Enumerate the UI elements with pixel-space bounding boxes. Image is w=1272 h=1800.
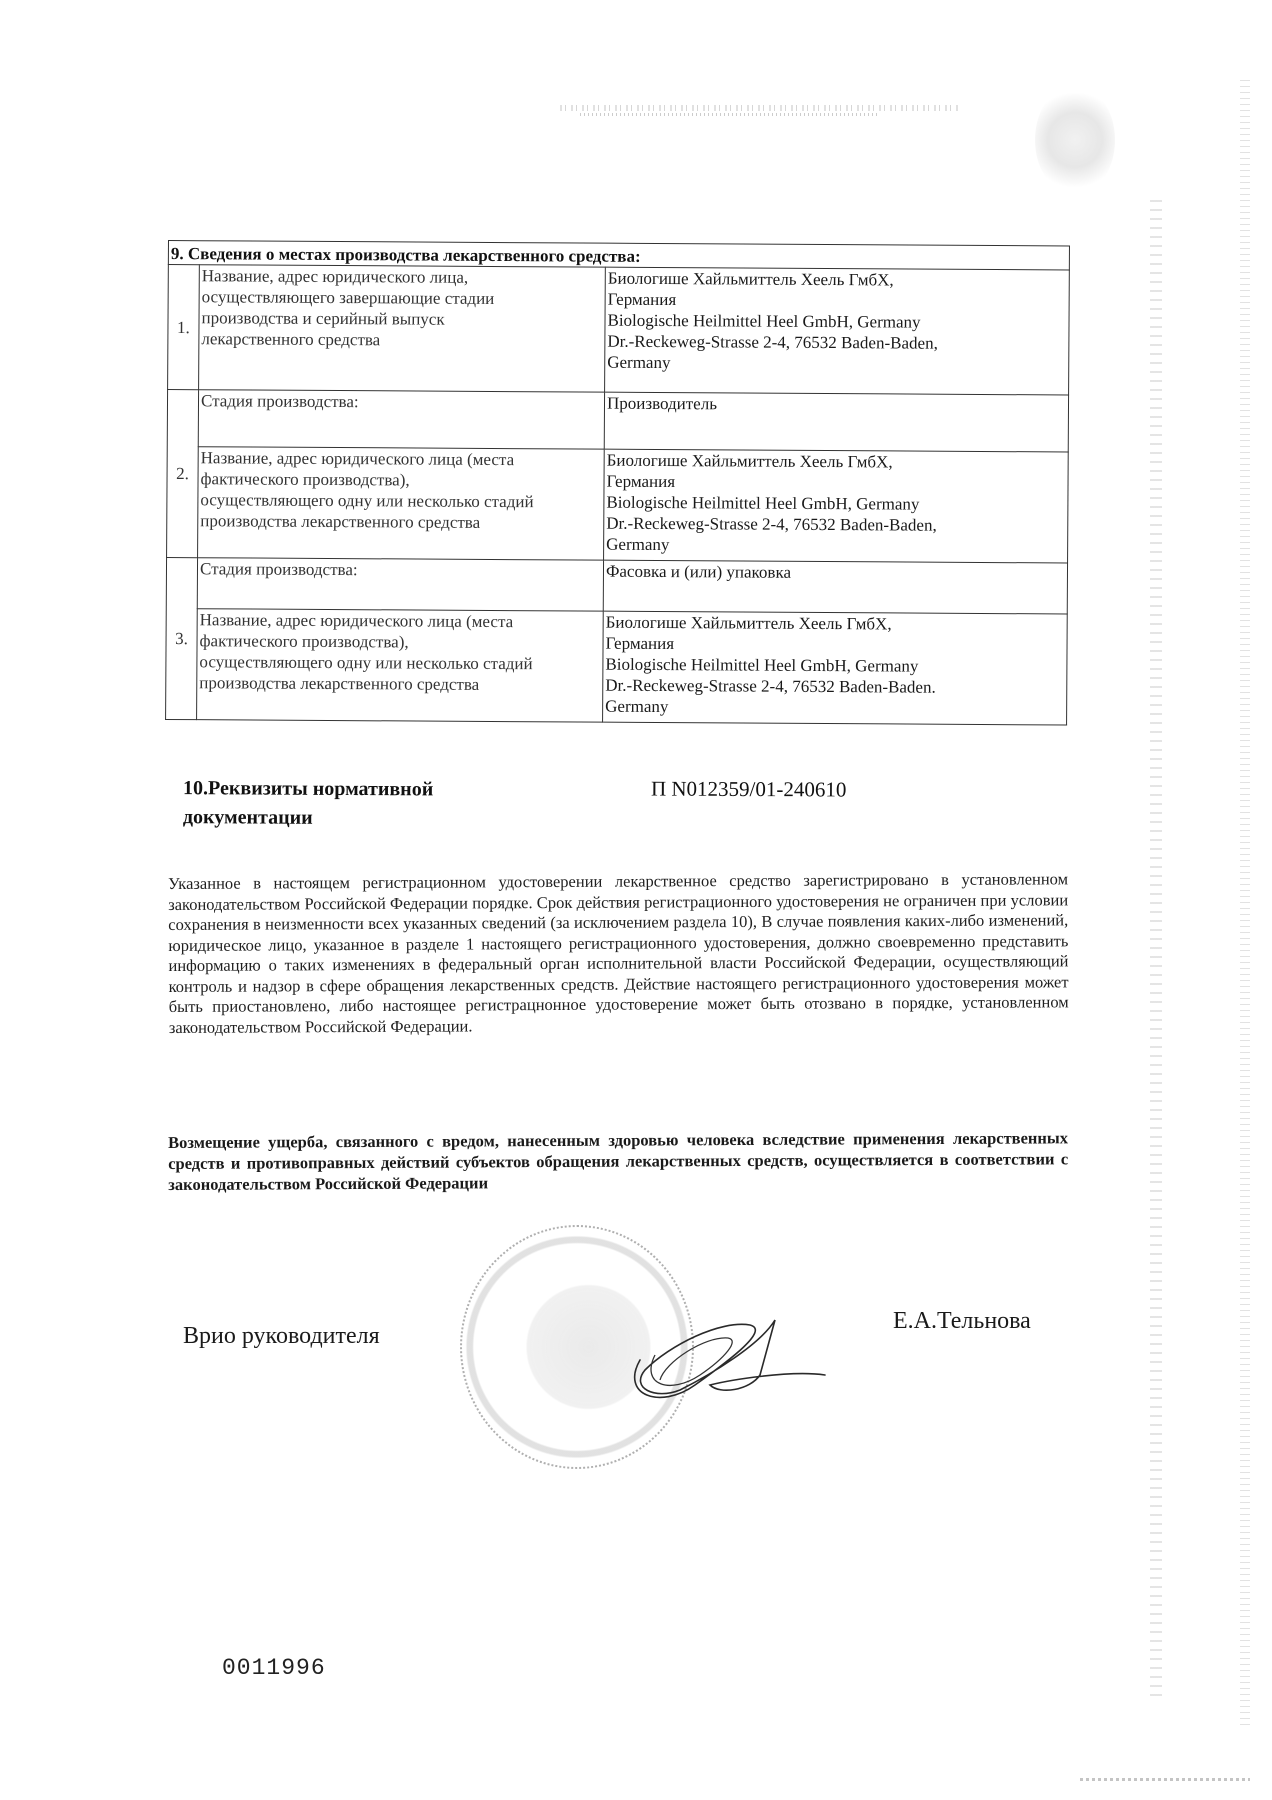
scan-noise-top-2 [580, 113, 880, 116]
signatory-title: Врио руководителя [183, 1323, 380, 1350]
damage-compensation-paragraph: Возмещение ущерба, связанного с вредом, … [168, 1127, 1068, 1195]
document-page: 9. Сведения о местах производства лекарс… [0, 0, 1272, 1800]
registration-validity-paragraph: Указанное в настоящем регистрационном уд… [168, 869, 1069, 1038]
name-address-value: Биологише Хайльмиттель Хеель ГмбХ, Герма… [605, 267, 1070, 395]
name-address-value: Биологише Хайльмиттель Хеель ГмбХ, Герма… [604, 449, 1069, 563]
row-number: 2. [167, 390, 199, 558]
faint-stamp-corner [1035, 85, 1115, 195]
row-number: 3. [166, 557, 198, 719]
stage-label: Стадия производства: [197, 558, 603, 611]
table-row-entry-2-stage: 2. Стадия производства: Производитель [167, 390, 1068, 453]
name-address-value: Биологише Хайльмиттель Хеель ГмбХ, Герма… [603, 611, 1068, 725]
table-row-entry-3-stage: 3. Стадия производства: Фасовка и (или) … [166, 557, 1067, 614]
scan-noise-bottom [1080, 1778, 1250, 1781]
production-sites-table: 9. Сведения о местах производства лекарс… [165, 240, 1070, 726]
scan-noise-top [560, 105, 960, 111]
stage-value: Фасовка и (или) упаковка [603, 560, 1067, 614]
stage-value: Производитель [604, 392, 1068, 452]
table-row-entry-2-name: Название, адрес юридического лица (места… [167, 446, 1069, 563]
value-text: Биологише Хайльмиттель Хеель ГмбХ, Герма… [607, 268, 1067, 376]
value-text: Биологише Хайльмиттель Хеель ГмбХ, Герма… [605, 612, 1065, 720]
normative-doc-number: П N012359/01-240610 [651, 774, 847, 804]
form-serial-number: 0011996 [222, 1655, 326, 1681]
section-9-production-sites: 9. Сведения о местах производства лекарс… [165, 240, 1070, 726]
section-10-label: 10.Реквизиты нормативной документации [183, 774, 513, 834]
name-address-label: Название, адрес юридического лица (места… [197, 609, 604, 722]
signatory-name: Е.А.Тельнова [893, 1308, 1031, 1335]
scan-noise-right-edge [1150, 200, 1162, 1700]
handwritten-signature-icon [600, 1300, 830, 1420]
table-row-entry-3-name: Название, адрес юридического лица (места… [166, 608, 1068, 725]
table-row-entry-1: 1. Название, адрес юридического лица, ос… [168, 265, 1070, 396]
row-number: 1. [168, 265, 200, 390]
label-text: Название, адрес юридического лица (места… [200, 447, 602, 533]
value-text: Биологише Хайльмиттель Хеель ГмбХ, Герма… [606, 450, 1066, 558]
label-text: Название, адрес юридического лица, осуще… [201, 265, 603, 351]
scan-noise-far-right-edge [1240, 80, 1250, 1730]
stage-label: Стадия производства: [198, 390, 604, 449]
name-address-label: Название, адрес юридического лица, осуще… [199, 265, 606, 392]
name-address-label: Название, адрес юридического лица (места… [198, 447, 605, 560]
label-text: Название, адрес юридического лица (места… [199, 609, 601, 695]
